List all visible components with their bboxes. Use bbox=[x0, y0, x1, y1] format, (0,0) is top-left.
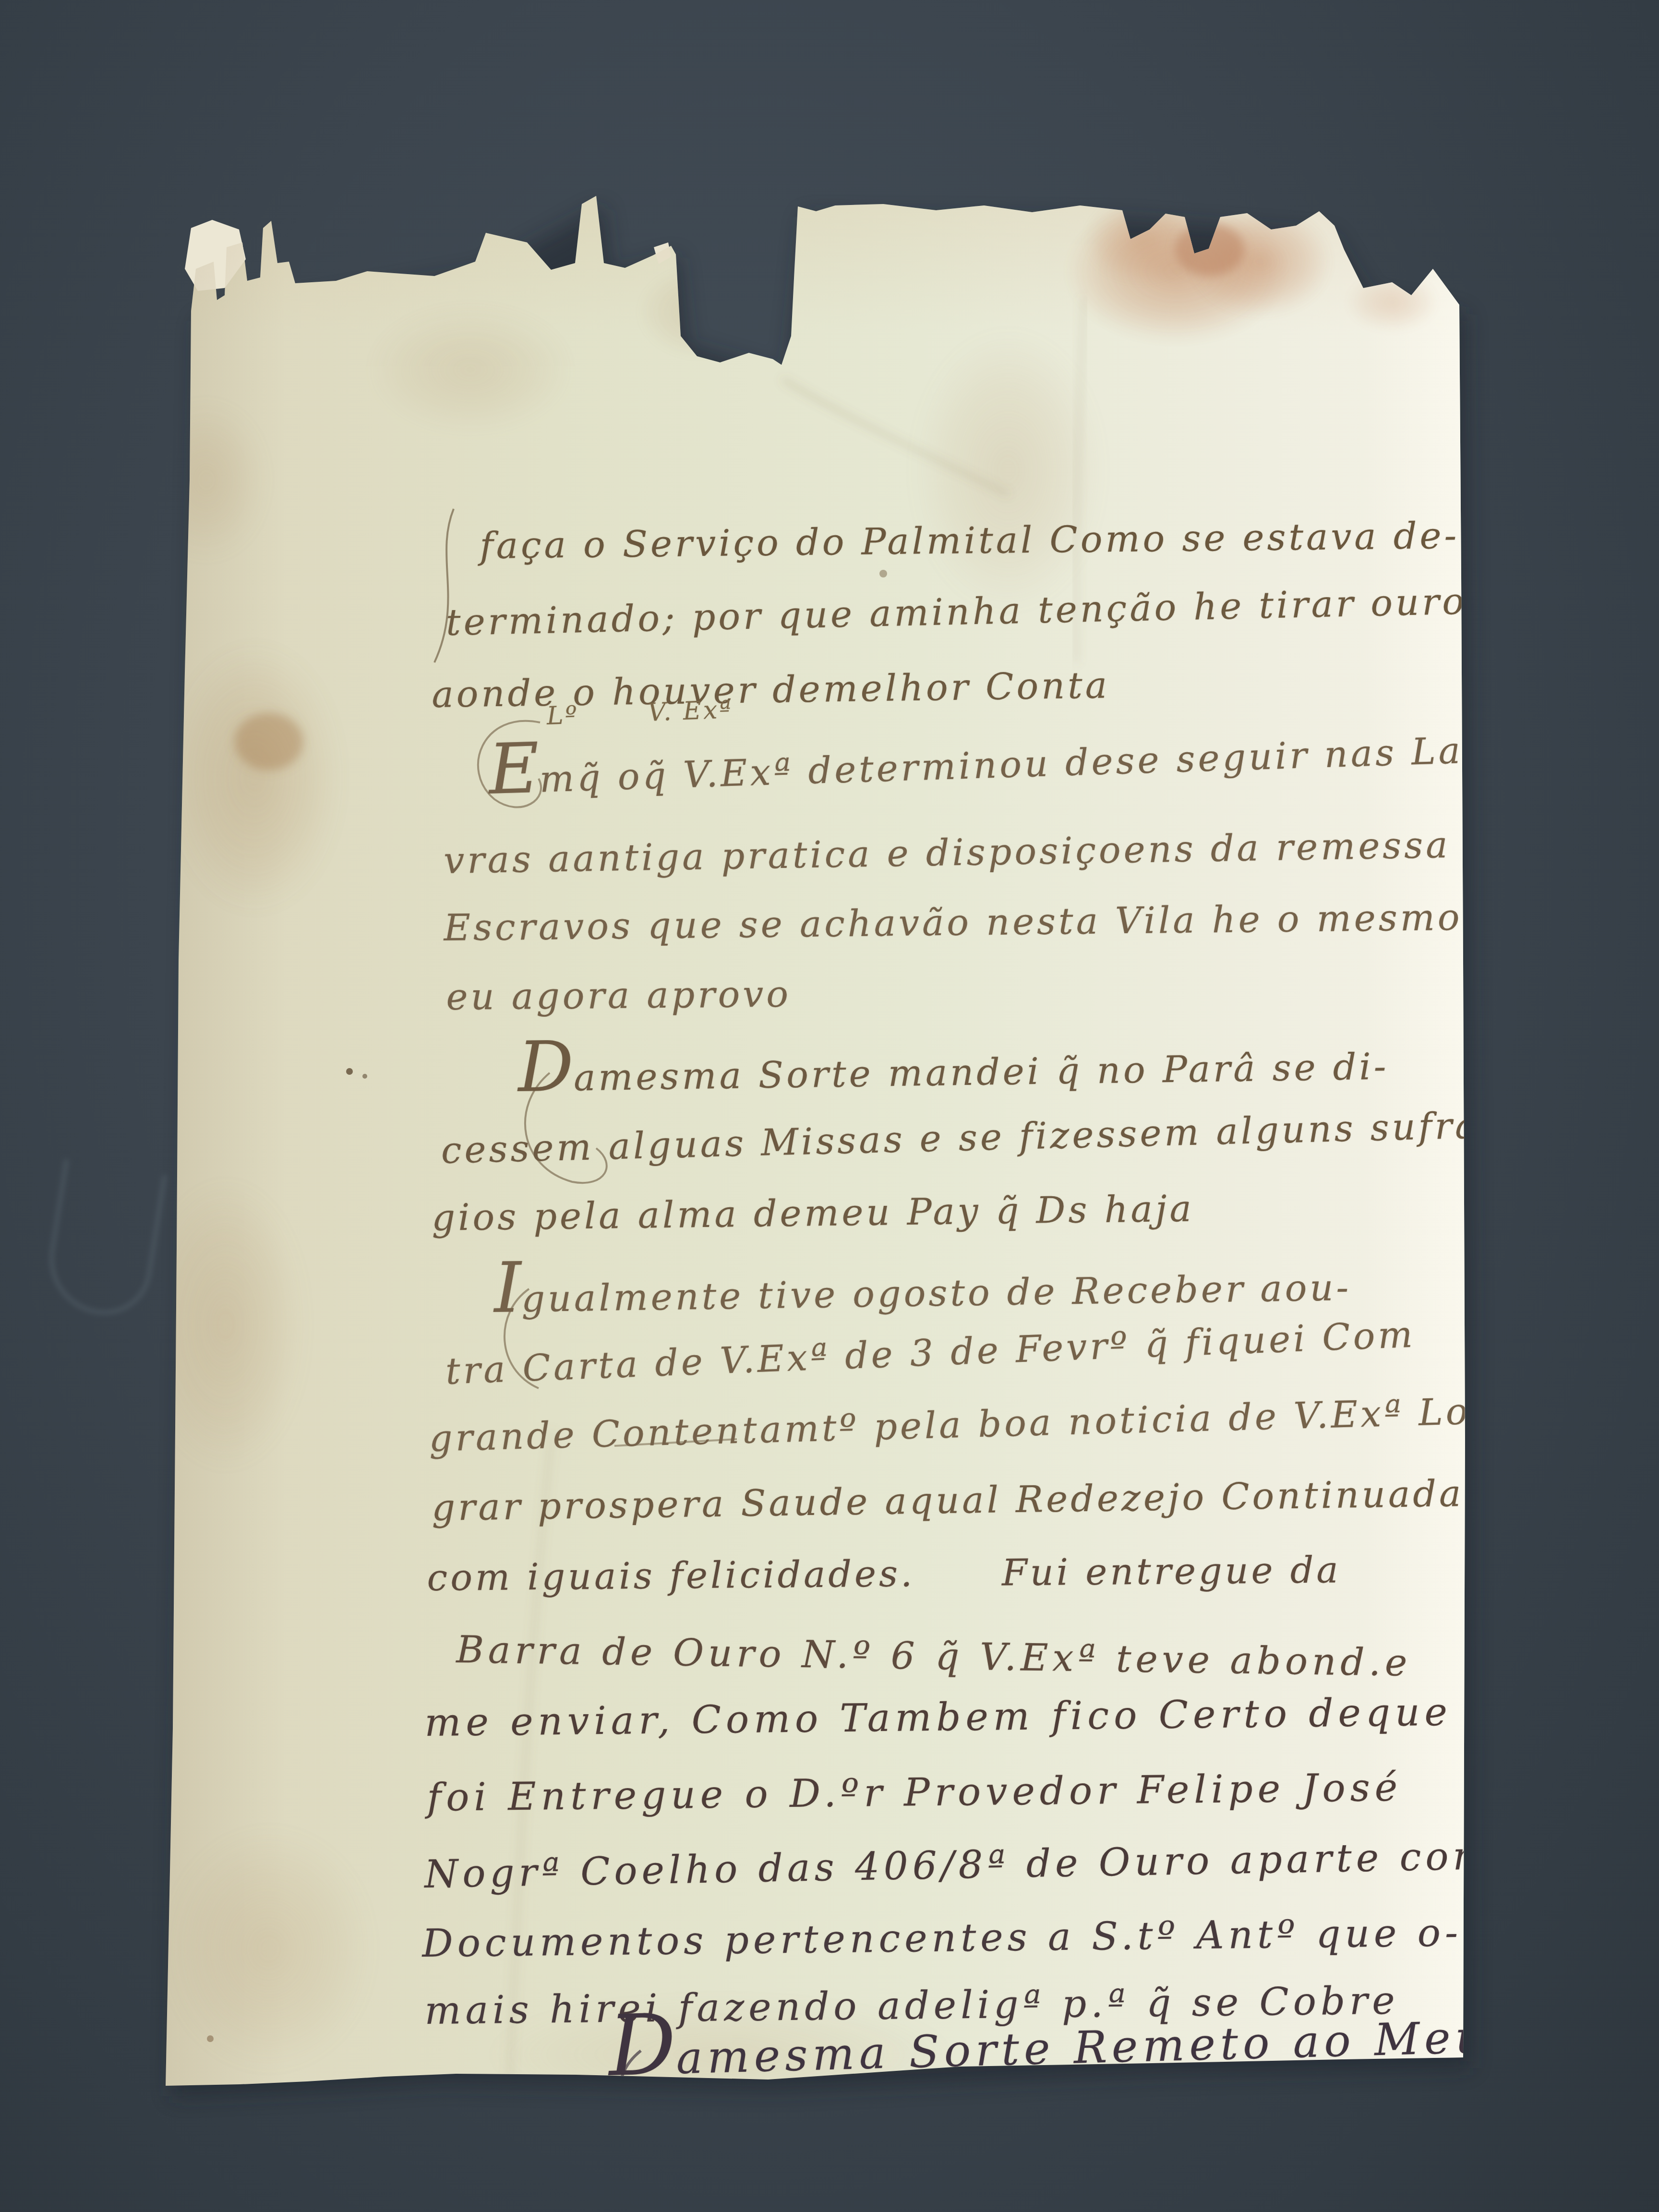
manuscript-line: Barra de Ouro N.º 6 q̃ V.Exª teve abond.… bbox=[456, 1628, 1412, 1685]
manuscript-line: Damesma Sorte mandei q̃ no Parâ se di- bbox=[518, 1045, 1389, 1100]
manuscript-line: grar prospera Saude aqual Redezejo Conti… bbox=[432, 1472, 1464, 1529]
manuscript-line: aonde o houver demelhor Conta bbox=[432, 663, 1110, 716]
manuscript-line: tra Carta de V.Exª de 3 de Fevrº q̃ fiqu… bbox=[445, 1312, 1416, 1393]
manuscript-line: vras aantiga pratica e disposiçoens da r… bbox=[444, 822, 1516, 882]
manuscript-line: Emq̃ oq̃ V.Exª determinou dese seguir na… bbox=[488, 728, 1479, 802]
manuscript-line: Documentos pertencentes a S.tº Antº que … bbox=[422, 1910, 1462, 1966]
manuscript-line: faça o Serviço do Palmital Como se estav… bbox=[480, 514, 1459, 567]
manuscript-line: grande Contentamtº pela boa noticia de V… bbox=[429, 1389, 1486, 1460]
interlinear-insert: Lº V. Exª bbox=[546, 695, 733, 731]
manuscript-line: Escravos que se achavão nesta Vila he o … bbox=[444, 895, 1503, 949]
manuscript-line: Igualmente tive ogosto de Receber aou- bbox=[494, 1266, 1352, 1321]
manuscript-text: faça o Serviço do Palmital Como se estav… bbox=[0, 0, 1659, 2212]
photograph-of-manuscript: faça o Serviço do Palmital Como se estav… bbox=[0, 0, 1659, 2212]
manuscript-line: gios pela alma demeu Pay q̃ Ds haja bbox=[432, 1187, 1194, 1239]
manuscript-line: foi Entregue o D.ºr Provedor Felipe José bbox=[427, 1765, 1403, 1820]
manuscript-line: eu agora aprovo bbox=[446, 973, 791, 1018]
manuscript-line: me enviar, Como Tambem fico Certo deque bbox=[424, 1690, 1452, 1745]
manuscript-line: terminado; por que aminha tenção he tira… bbox=[445, 579, 1467, 644]
manuscript-line: cessem alguas Missas e se fizessem algun… bbox=[441, 1103, 1495, 1172]
manuscript-line: com iguais felicidades. Fui entregue da bbox=[427, 1548, 1341, 1599]
manuscript-line: Nogrª Coelho das 406/8ª de Ouro aparte c… bbox=[424, 1833, 1494, 1897]
